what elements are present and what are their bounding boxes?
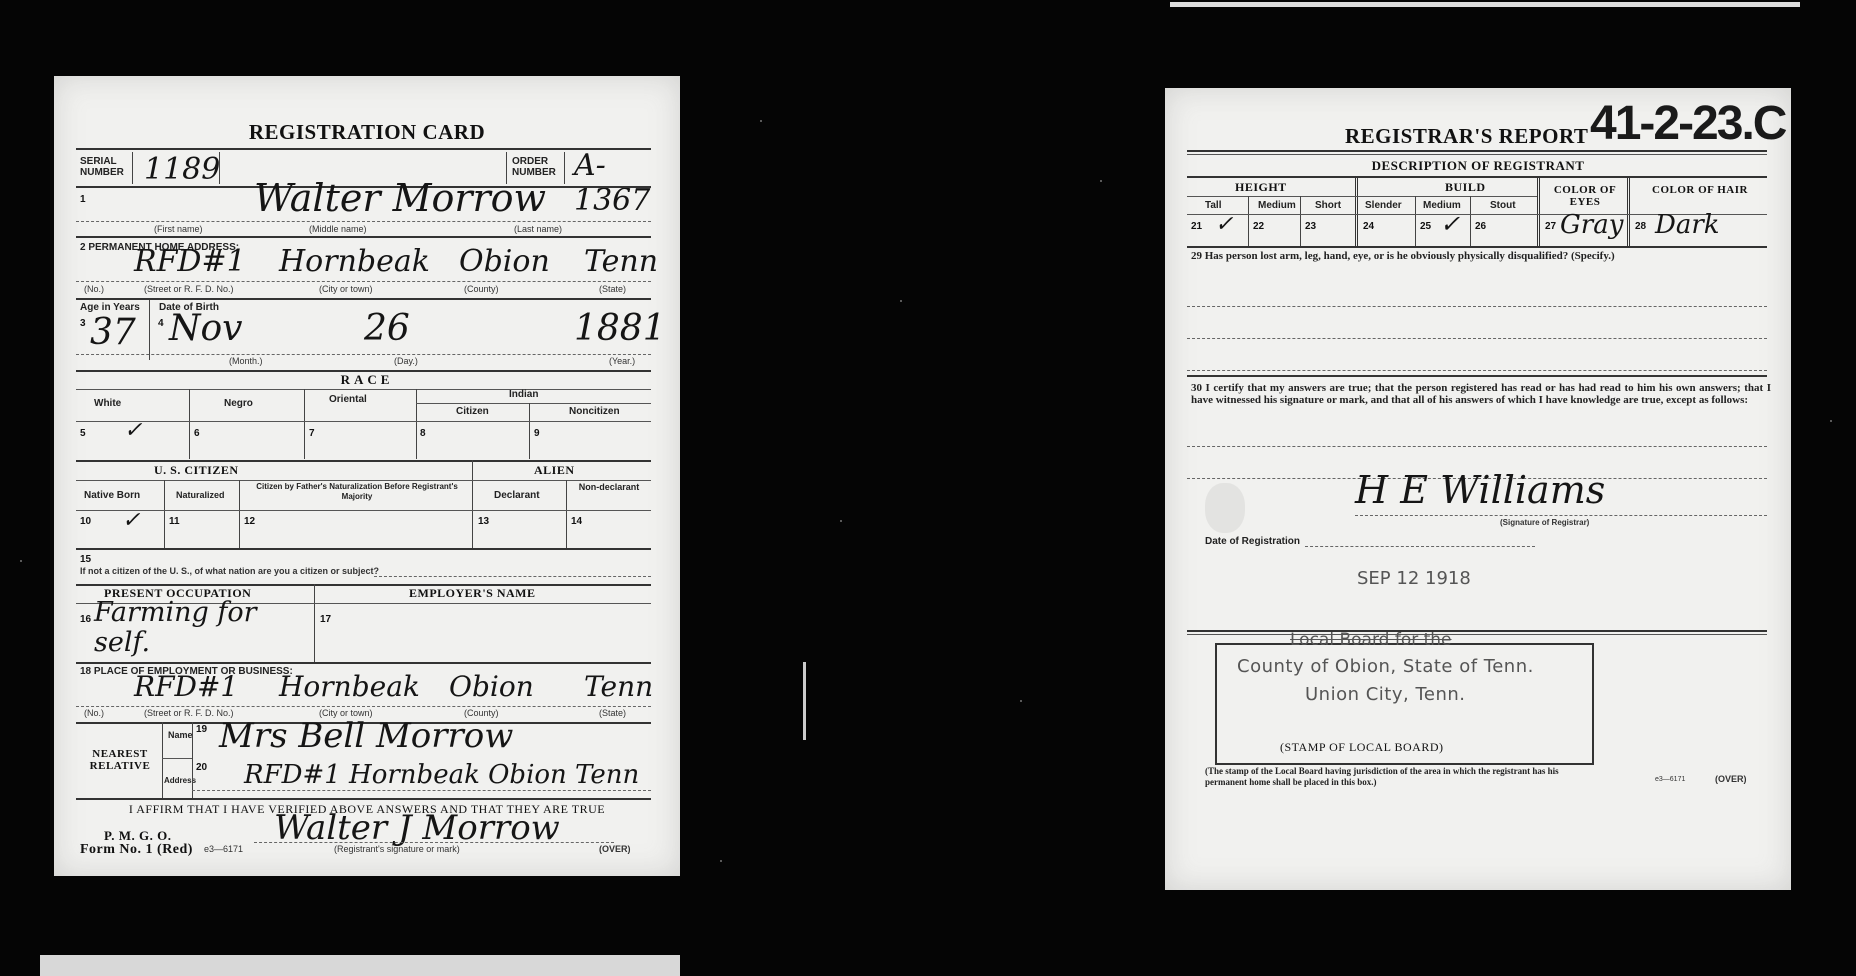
scan-noise [1020,700,1022,702]
registration-date-stamp: SEP 12 1918 [1357,568,1471,589]
alien-title: ALIEN [534,463,575,478]
race-white-check: ✓ [124,418,142,443]
native-born-check: ✓ [122,508,140,533]
occupation-value: Farming for self. [94,598,314,658]
nearest-relative-label: NEAREST RELATIVE [80,748,160,772]
scan-noise [840,520,842,522]
registrar-report-card: REGISTRAR'S REPORT 41-2-23.C DESCRIPTION… [1165,88,1791,890]
description-title: DESCRIPTION OF REGISTRANT [1165,158,1791,174]
serial-label: SERIAL NUMBER [80,156,130,178]
certification-30: 30 I certify that my answers are true; t… [1191,382,1771,406]
scan-noise [1100,180,1102,182]
scan-noise [720,860,722,862]
eye-color: Gray [1560,210,1623,240]
home-city: Hornbeak [279,244,430,279]
adjacent-card-edge-top [1170,2,1800,7]
card-title: REGISTRATION CARD [54,120,680,145]
race-title: RACE [54,372,680,388]
report-title: REGISTRAR'S REPORT [1345,124,1588,149]
date-label: Date of Registration [1205,536,1300,547]
relative-address: RFD#1 Hornbeak Obion Tenn [244,760,639,790]
registrant-name: Walter Morrow [254,176,546,220]
employer-title: EMPLOYER'S NAME [409,586,536,601]
dob-month: Nov [169,308,243,349]
form-number: Form No. 1 (Red) [80,842,193,858]
height-tall-check: ✓ [1215,212,1233,237]
scan-noise [1830,420,1832,422]
serial-number: 1189 [144,152,220,187]
order-label: ORDER NUMBER [512,156,567,178]
report-stamp-code: 41-2-23.C [1590,96,1785,151]
home-state: Tenn [584,244,658,279]
employment-county: Obion [449,670,534,703]
home-county: Obion [459,244,550,279]
scan-noise [760,120,762,122]
relative-name: Mrs Bell Morrow [219,716,513,756]
employment-state: Tenn [584,670,653,703]
age-value: 37 [90,312,136,353]
scan-noise [20,560,22,562]
home-rfd: RFD#1 [134,244,246,279]
employment-city: Hornbeak [279,670,420,703]
board-line-1: Local Board for the [1290,630,1452,650]
order-number: A-1367 [574,148,680,218]
registrar-signature: H E Williams [1355,468,1605,512]
scan-noise [900,300,902,302]
board-line-3: Union City, Tenn. [1305,684,1466,705]
registration-card: REGISTRATION CARD SERIAL NUMBER 1189 ORD… [54,76,680,876]
board-note: (The stamp of the Local Board having jur… [1205,766,1575,788]
scan-artifact [803,662,806,740]
build-medium-check: ✓ [1440,210,1460,238]
board-stamp-caption: (STAMP OF LOCAL BOARD) [1280,740,1444,755]
question-29: 29 Has person lost arm, leg, hand, eye, … [1191,250,1771,263]
watermark-smudge [1205,483,1245,533]
hair-color: Dark [1655,210,1720,240]
employment-rfd: RFD#1 [134,670,238,703]
dob-year: 1881 [574,308,666,349]
adjacent-card-edge-bottom [40,955,680,976]
dob-day: 26 [364,308,410,349]
us-citizen-title: U. S. CITIZEN [154,463,239,478]
board-line-2: County of Obion, State of Tenn. [1237,656,1534,677]
